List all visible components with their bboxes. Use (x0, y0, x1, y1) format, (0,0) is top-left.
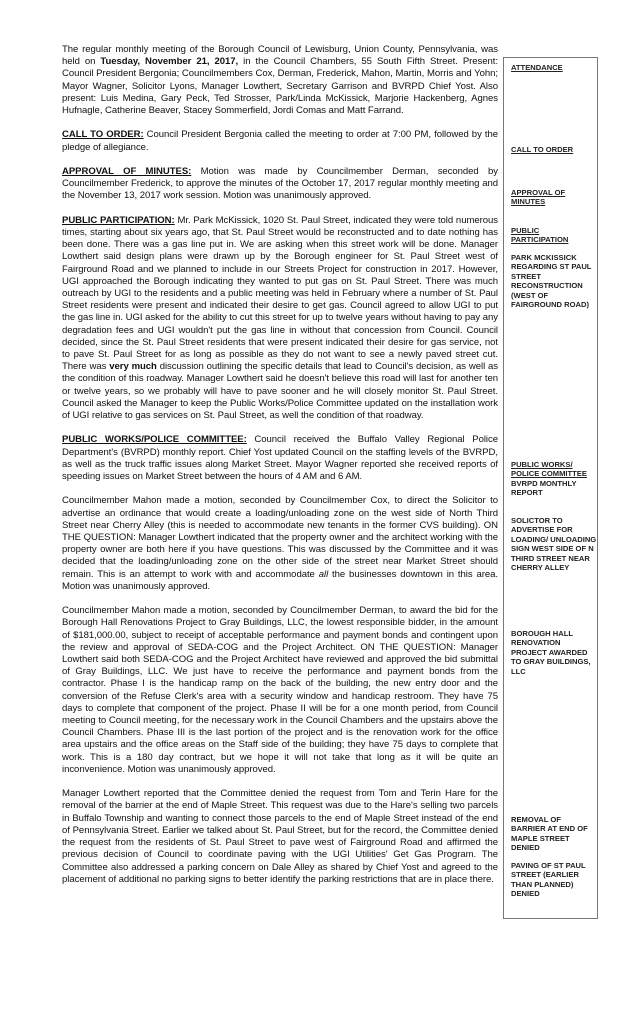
minutes-paragraph: CALL TO ORDER: Council President Bergoni… (62, 129, 498, 153)
minutes-paragraph: Manager Lowthert reported that the Commi… (62, 788, 498, 886)
paragraph-text: Manager Lowthert reported that the Commi… (62, 788, 498, 884)
margin-note-text: REMOVAL OF BARRIER AT END OF MAPLE STREE… (511, 815, 597, 853)
minutes-paragraph: Councilmember Mahon made a motion, secon… (62, 495, 498, 593)
margin-note-text: PARK MCKISSICK REGARDING ST PAUL STREET … (511, 253, 597, 309)
margin-note: SOLICTOR TO ADVERTISE FOR LOADING/ UNLOA… (511, 516, 597, 572)
margin-note-text: SOLICTOR TO ADVERTISE FOR LOADING/ UNLOA… (511, 516, 597, 572)
margin-note: CALL TO ORDER (511, 145, 597, 154)
paragraph-text: Councilmember Mahon made a motion, secon… (62, 495, 498, 579)
margin-note: PUBLIC PARTICIPATION (511, 226, 597, 245)
section-heading: CALL TO ORDER: (62, 129, 144, 140)
margin-note-heading: CALL TO ORDER (511, 145, 597, 154)
minutes-body: The regular monthly meeting of the Borou… (62, 44, 498, 898)
margin-note: ATTENDANCE (511, 63, 597, 72)
minutes-paragraph: The regular monthly meeting of the Borou… (62, 44, 498, 117)
minutes-paragraph: APPROVAL OF MINUTES: Motion was made by … (62, 166, 498, 203)
margin-notes-box: ATTENDANCECALL TO ORDERAPPROVAL OF MINUT… (503, 57, 598, 919)
margin-note: PUBLIC WORKS/ POLICE COMMITTEEBVRPD MONT… (511, 460, 597, 498)
margin-note: REMOVAL OF BARRIER AT END OF MAPLE STREE… (511, 815, 597, 853)
paragraph-text: very much (109, 361, 157, 372)
margin-note-heading: PUBLIC PARTICIPATION (511, 226, 597, 245)
minutes-paragraph: Councilmember Mahon made a motion, secon… (62, 605, 498, 776)
minutes-paragraph: PUBLIC WORKS/POLICE COMMITTEE: Council r… (62, 434, 498, 483)
section-heading: PUBLIC PARTICIPATION: (62, 215, 175, 226)
paragraph-text: Mr. Park McKissick, 1020 St. Paul Street… (62, 215, 498, 372)
margin-note: BOROUGH HALL RENOVATION PROJECT AWARDED … (511, 629, 597, 676)
margin-note-text: PAVING OF ST PAUL STREET (EARLIER THAN P… (511, 861, 597, 899)
section-heading: PUBLIC WORKS/POLICE COMMITTEE: (62, 434, 247, 445)
paragraph-text: Tuesday, November 21, 2017, (100, 56, 238, 67)
margin-note-heading: ATTENDANCE (511, 63, 597, 72)
margin-note-text: BOROUGH HALL RENOVATION PROJECT AWARDED … (511, 629, 597, 676)
section-heading: APPROVAL OF MINUTES: (62, 166, 191, 177)
margin-note-heading: APPROVAL OF MINUTES (511, 188, 597, 207)
paragraph-text: Councilmember Mahon made a motion, secon… (62, 605, 498, 775)
margin-note: APPROVAL OF MINUTES (511, 188, 597, 207)
margin-note-text: BVRPD MONTHLY REPORT (511, 479, 597, 498)
paragraph-text: all (319, 569, 328, 580)
minutes-paragraph: PUBLIC PARTICIPATION: Mr. Park McKissick… (62, 215, 498, 422)
margin-note-heading: PUBLIC WORKS/ POLICE COMMITTEE (511, 460, 597, 479)
margin-note: PARK MCKISSICK REGARDING ST PAUL STREET … (511, 253, 597, 309)
margin-note: PAVING OF ST PAUL STREET (EARLIER THAN P… (511, 861, 597, 899)
